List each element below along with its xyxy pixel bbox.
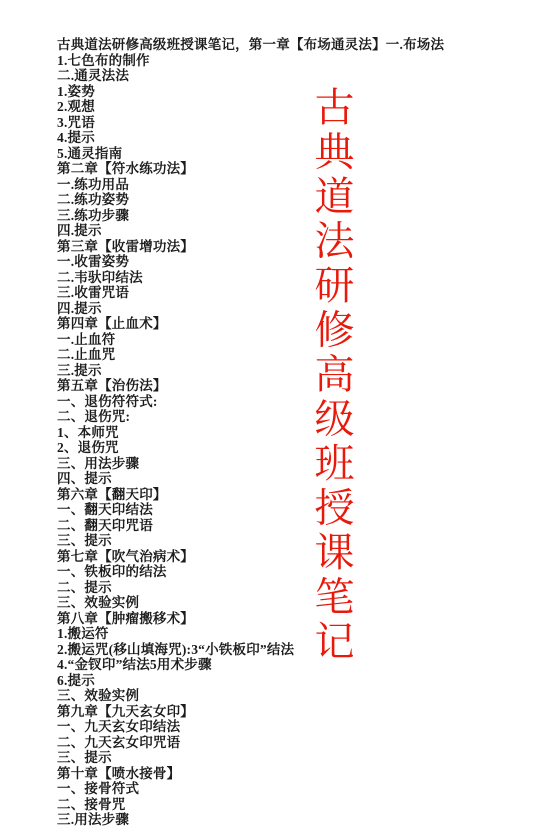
toc-line: 1.七色布的制作	[57, 53, 477, 69]
toc-line: 三.用法步骤	[57, 812, 477, 828]
toc-line: 二.止血咒	[57, 347, 477, 363]
toc-line: 2.观想	[57, 99, 477, 115]
toc-line: 1.搬运符	[57, 626, 477, 642]
toc-line: 1、本师咒	[57, 425, 477, 441]
toc-line: 一、接骨符式	[57, 781, 477, 797]
toc-line: 第四章【止血术】	[57, 316, 477, 332]
toc-line: 二、九天玄女印咒语	[57, 735, 477, 751]
toc-line: 第九章【九天玄女印】	[57, 704, 477, 720]
toc-line: 一.收雷姿势	[57, 254, 477, 270]
toc-line: 二、接骨咒	[57, 797, 477, 813]
toc-line: 第八章【肿瘤搬移术】	[57, 611, 477, 627]
toc-line: 三、效验实例	[57, 595, 477, 611]
toc-line: 4.提示	[57, 130, 477, 146]
toc-line: 二.通灵法法	[57, 68, 477, 84]
toc-line: 四、提示	[57, 471, 477, 487]
toc-line: 3.咒语	[57, 115, 477, 131]
toc-line: 三.提示	[57, 363, 477, 379]
toc-line: 三、用法步骤	[57, 456, 477, 472]
toc-line: 三、效验实例	[57, 688, 477, 704]
toc-line: 5.通灵指南	[57, 146, 477, 162]
toc-line: 第六章【翻天印】	[57, 487, 477, 503]
toc-line: 6.提示	[57, 673, 477, 689]
table-of-contents: 古典道法研修高级班授课笔记，第一章【布场通灵法】一.布场法 1.七色布的制作二.…	[57, 37, 477, 828]
toc-line: 2.搬运咒(移山填海咒):3“小铁板印”结法	[57, 642, 477, 658]
toc-line: 第二章【符水练功法】	[57, 161, 477, 177]
toc-line: 第十章【喷水接骨】	[57, 766, 477, 782]
toc-line: 二.练功姿势	[57, 192, 477, 208]
toc-line: 三.收雷咒语	[57, 285, 477, 301]
toc-line: 二、退伤咒:	[57, 409, 477, 425]
toc-line: 三.练功步骤	[57, 208, 477, 224]
toc-line: 第三章【收雷增功法】	[57, 239, 477, 255]
document-page: 古典道法研修高级班授课笔记，第一章【布场通灵法】一.布场法 1.七色布的制作二.…	[0, 0, 554, 835]
toc-line: 第五章【治伤法】	[57, 378, 477, 394]
toc-line: 一.练功用品	[57, 177, 477, 193]
toc-line: 1.姿势	[57, 84, 477, 100]
toc-line: 四.提示	[57, 223, 477, 239]
toc-line: 二、提示	[57, 580, 477, 596]
toc-line: 一、九天玄女印结法	[57, 719, 477, 735]
toc-line: 2、退伤咒	[57, 440, 477, 456]
toc-line: 4.“金钗印”结法5用术步骤	[57, 657, 477, 673]
toc-line: 一.止血符	[57, 332, 477, 348]
toc-title-line: 古典道法研修高级班授课笔记，第一章【布场通灵法】一.布场法	[57, 37, 477, 53]
vertical-red-title: 古典道法研修高级班授课笔记	[306, 86, 356, 686]
toc-line: 一、铁板印的结法	[57, 564, 477, 580]
toc-line: 二、翻天印咒语	[57, 518, 477, 534]
toc-line: 三、提示	[57, 533, 477, 549]
toc-line: 一、退伤符符式:	[57, 394, 477, 410]
toc-line: 四.提示	[57, 301, 477, 317]
toc-line: 三、提示	[57, 750, 477, 766]
toc-line: 第七章【吹气治病术】	[57, 549, 477, 565]
toc-line: 二.韦驮印结法	[57, 270, 477, 286]
toc-lines: 1.七色布的制作二.通灵法法1.姿势2.观想3.咒语4.提示5.通灵指南第二章【…	[57, 53, 477, 828]
toc-line: 一、翻天印结法	[57, 502, 477, 518]
